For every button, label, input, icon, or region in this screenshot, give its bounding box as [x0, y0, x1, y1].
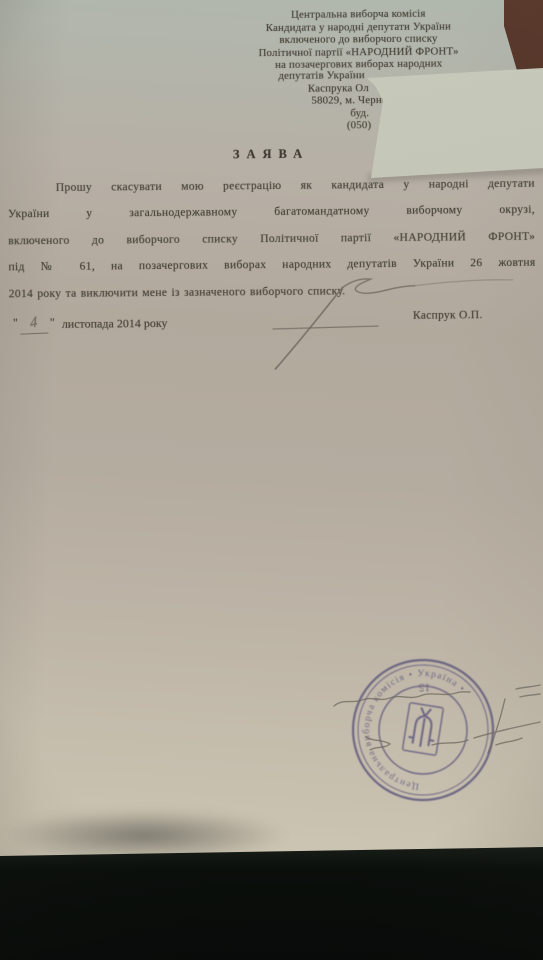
photographed-document: Центральна виборча комісія Кандидата у н… [0, 0, 543, 960]
page-edge-shadow [0, 808, 320, 858]
table-surface-bottom [0, 840, 543, 960]
